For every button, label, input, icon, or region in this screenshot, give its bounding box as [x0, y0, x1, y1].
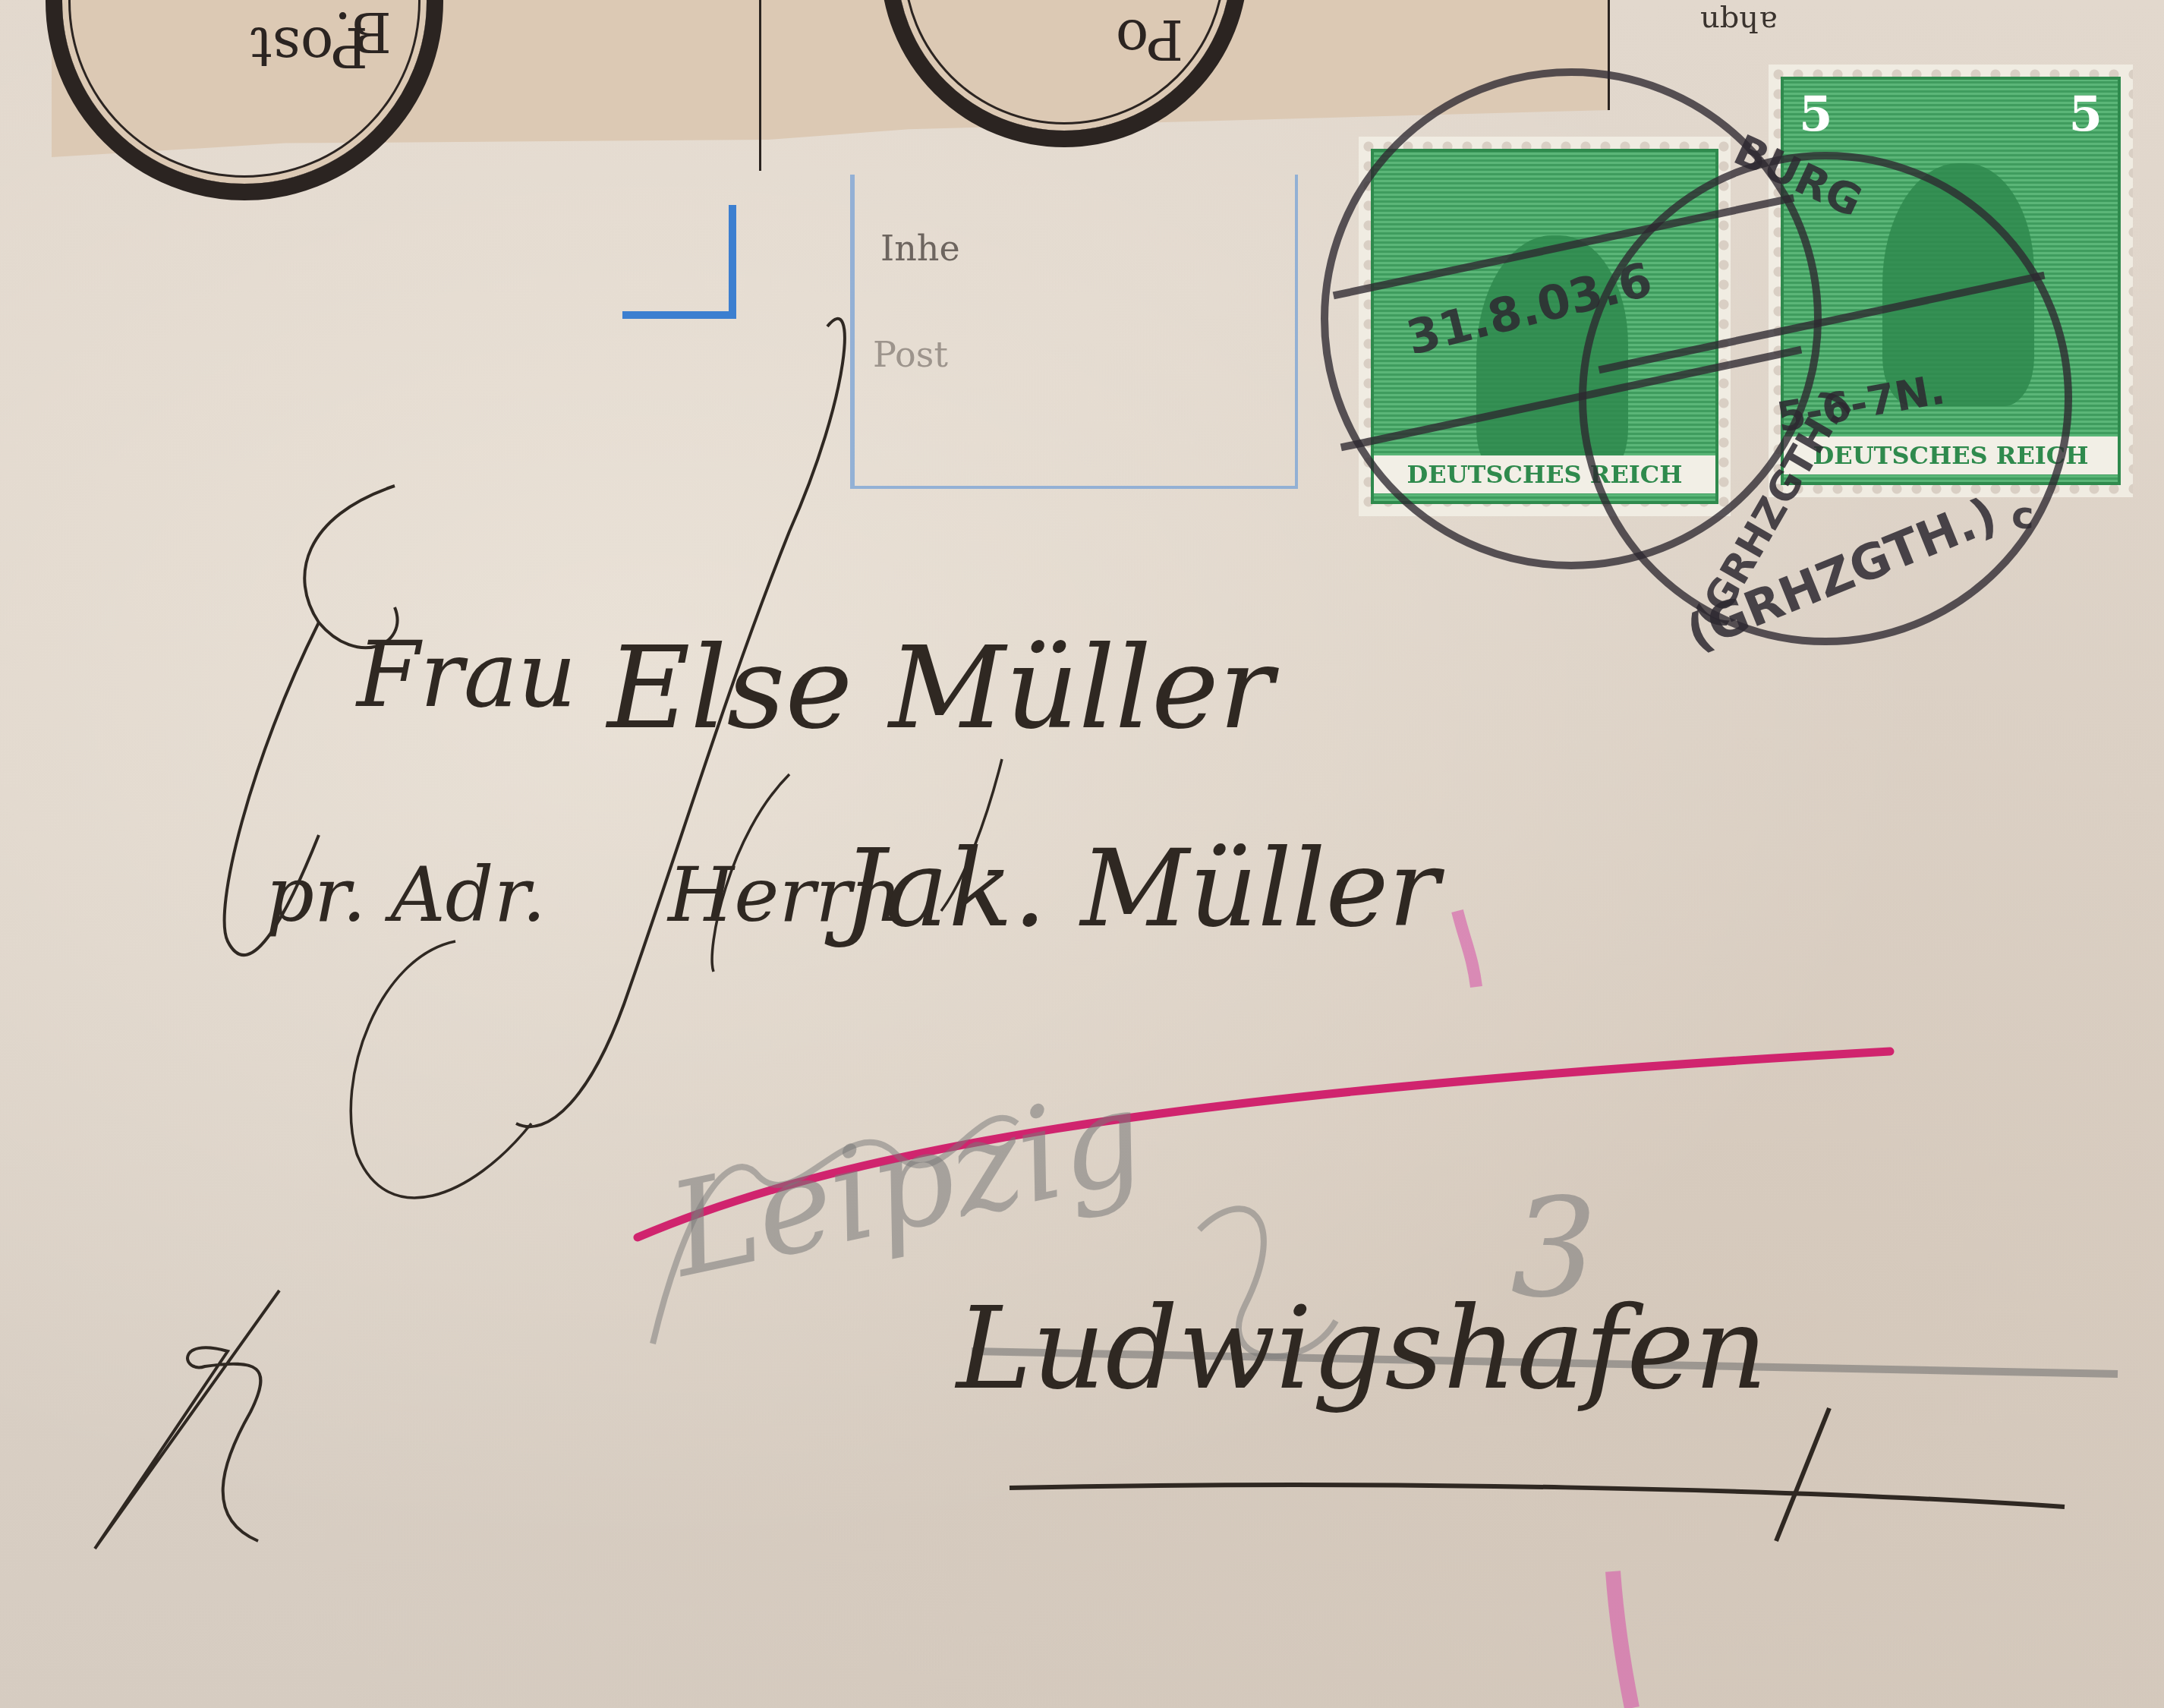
- address-line1-name: Else Müller: [607, 622, 1274, 755]
- address-line2-prefix: pr. Adr.: [266, 850, 546, 939]
- address-line2-name: Jak. Müller: [843, 827, 1439, 951]
- address-line1-salutation: Frau: [357, 622, 576, 728]
- envelope: Post B. Po Inhe Post ubɥɐ DEUTSCHES REIC…: [0, 0, 2164, 1708]
- address-city: Ludwigshafen: [956, 1283, 1768, 1415]
